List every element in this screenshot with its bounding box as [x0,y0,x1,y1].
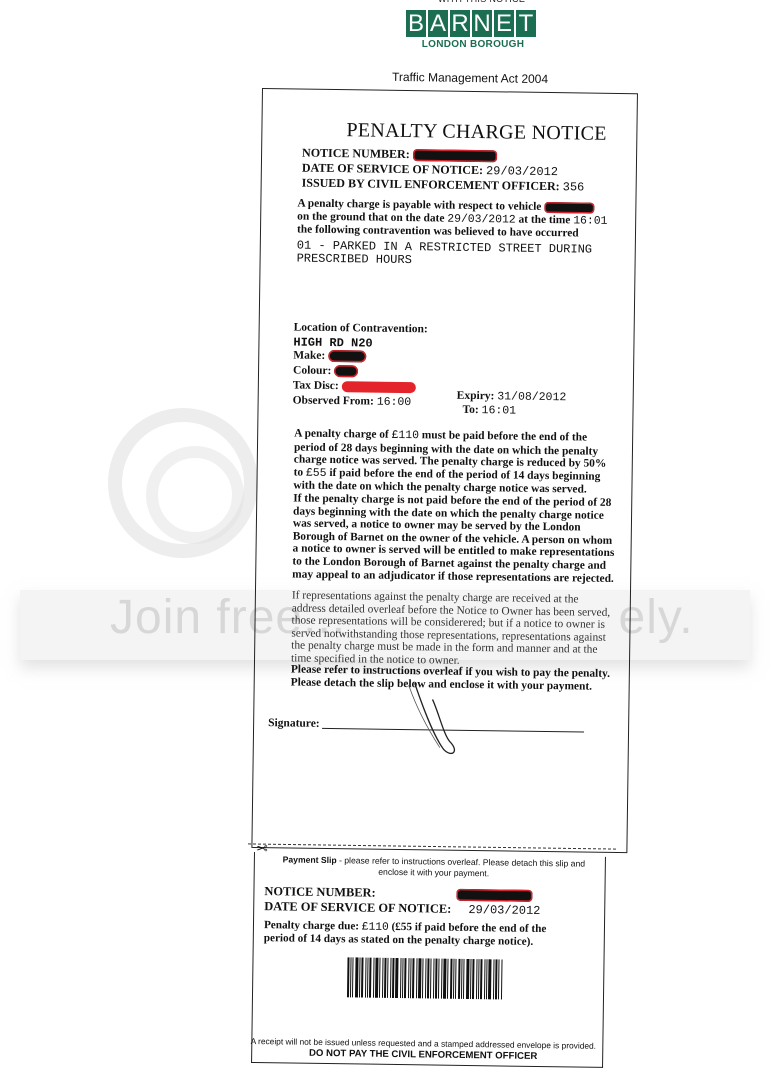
barcode-bar [443,959,447,999]
barcode-bar [472,959,475,999]
act-title: Traffic Management Act 2004 [392,70,548,86]
barcode-bar [355,957,359,997]
barcode-bar [466,959,470,999]
redacted-make [328,350,366,363]
redacted-slip-notice-number [457,889,533,902]
intro-paragraph: A penalty charge is payable with respect… [297,198,628,241]
payment-terms-paragraph: A penalty charge of £110 must be paid be… [293,427,616,496]
contravention-text: 01 - PARKED IN A RESTRICTED STREET DURIN… [297,240,617,270]
slip-footer: A receipt will not be issued unless requ… [248,1036,598,1063]
barcode-bar [501,959,503,999]
barcode-bar [412,958,415,998]
penalty-charge-notice: PENALTY CHARGE NOTICE NOTICE NUMBER: DAT… [251,88,638,853]
barcode-bar [438,959,440,999]
redacted-vehicle [544,202,594,214]
barcode-bar [395,958,399,998]
barcode-bar [455,959,457,999]
observed-from-row: Observed From: 16:00 [293,394,412,409]
redacted-colour [334,365,358,377]
barcode-bar [379,958,381,998]
barcode-bar [361,958,364,998]
tax-disc-row: Tax Disc: [293,379,416,393]
barcode-bar [404,958,407,998]
logo-subtitle: LONDON BOROUGH [406,39,540,50]
officer-row: ISSUED BY CIVIL ENFORCEMENT OFFICER: 356 [302,176,585,195]
logo-letter: A [428,10,448,37]
barcode-bar [463,959,465,999]
payment-slip: Payment Slip - please refer to instructi… [251,852,606,1068]
slip-heading: Payment Slip - please refer to instructi… [269,854,599,881]
barcode-bar [387,958,389,998]
signature-label: Signature: [268,717,320,730]
location-label: Location of Contravention: [294,321,428,335]
logo-letter: B [406,10,426,37]
redacted-tax-disc [342,381,416,393]
logo-letter: T [516,10,536,37]
representations-paragraph: If representations against the penalty c… [291,589,614,669]
payment-barcode [347,957,508,999]
logo-letter: R [450,10,470,37]
officer-number: 356 [563,180,585,194]
barcode-bar [488,959,492,999]
logo-letter: N [472,10,492,37]
barnet-logo: BARNET LONDON BOROUGH [406,10,540,50]
barcode-bar [375,958,379,998]
logo-letter: E [494,10,514,37]
expiry-row: Expiry: 31/08/2012 [457,390,567,405]
barcode-bar [498,959,500,999]
top-cut-text: WITH THIS NOTICE [438,0,525,4]
watermark-logo-icon [108,408,258,558]
barcode-bar [422,958,424,998]
colour-row: Colour: [293,364,358,377]
barcode-bar [418,958,422,998]
make-row: Make: [293,349,366,362]
barcode-bar [352,957,354,997]
to-row: To: 16:01 [462,404,516,418]
barcode-bar [447,959,449,999]
barcode-bar [480,959,483,999]
barcode-bar [369,958,372,998]
redacted-notice-number [413,149,497,162]
barcode-bar [430,958,432,998]
slip-charge-due: Penalty charge due: £110 (£55 if paid be… [264,919,564,948]
slip-date-row: DATE OF SERVICE OF NOTICE: 29/03/2012 [264,899,540,918]
location-value: HIGH RD N20 [293,335,372,350]
date-of-service-value: 29/03/2012 [486,164,558,179]
notice-to-owner-paragraph: If the penalty charge is not paid before… [292,492,615,585]
notice-title: PENALTY CHARGE NOTICE [346,119,607,146]
signature-scribble-icon [394,681,475,762]
